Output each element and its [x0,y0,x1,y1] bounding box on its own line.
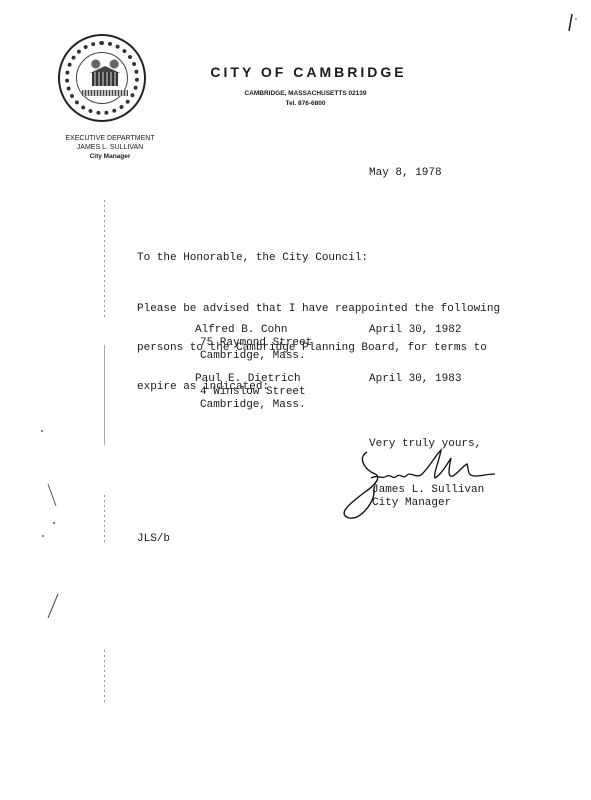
signer-title: City Manager [372,497,451,510]
salutation: To the Honorable, the City Council: [137,252,368,265]
appointee-name: Alfred B. Cohn [195,324,287,337]
typist-initials: JLS/b [137,533,170,546]
appointee-term-expires: April 30, 1982 [369,324,461,337]
appointee-name: Paul E. Dietrich [195,373,301,386]
appointee-city: Cambridge, Mass. [200,350,306,363]
appointee-street: 4 Winslow Street [200,386,306,399]
scan-margin-mark [104,345,105,445]
body-line: Please be advised that I have reappointe… [137,303,500,316]
letterhead-address: CAMBRIDGE, MASSACHUSETTS 02139 [0,90,591,97]
department-label: EXECUTIVE DEPARTMENT [40,134,180,143]
letterhead-title: CITY OF CAMBRIDGE [0,64,591,80]
scan-stroke [46,482,60,515]
scan-stroke [46,592,60,627]
scan-margin-mark [104,495,105,545]
scan-margin-mark [104,650,105,705]
sender-title: City Manager [40,152,180,161]
scan-speck [41,430,43,432]
appointee-street: 75 Raymond Street [200,337,312,350]
signer-name: James L. Sullivan [372,484,484,497]
sender-block: EXECUTIVE DEPARTMENT JAMES L. SULLIVAN C… [40,134,180,161]
scan-speck [53,522,55,524]
page-number-mark [566,12,578,39]
letterhead-telephone: Tel. 876-6800 [0,100,591,107]
letter-date: May 8, 1978 [369,167,442,180]
scan-speck [42,535,44,537]
scan-margin-mark [104,200,105,320]
appointee-city: Cambridge, Mass. [200,399,306,412]
sender-name: JAMES L. SULLIVAN [40,143,180,152]
body-line: persons to the Cambridge Planning Board,… [137,342,500,355]
body-paragraph: Please be advised that I have reappointe… [137,277,500,407]
appointee-term-expires: April 30, 1983 [369,373,461,386]
